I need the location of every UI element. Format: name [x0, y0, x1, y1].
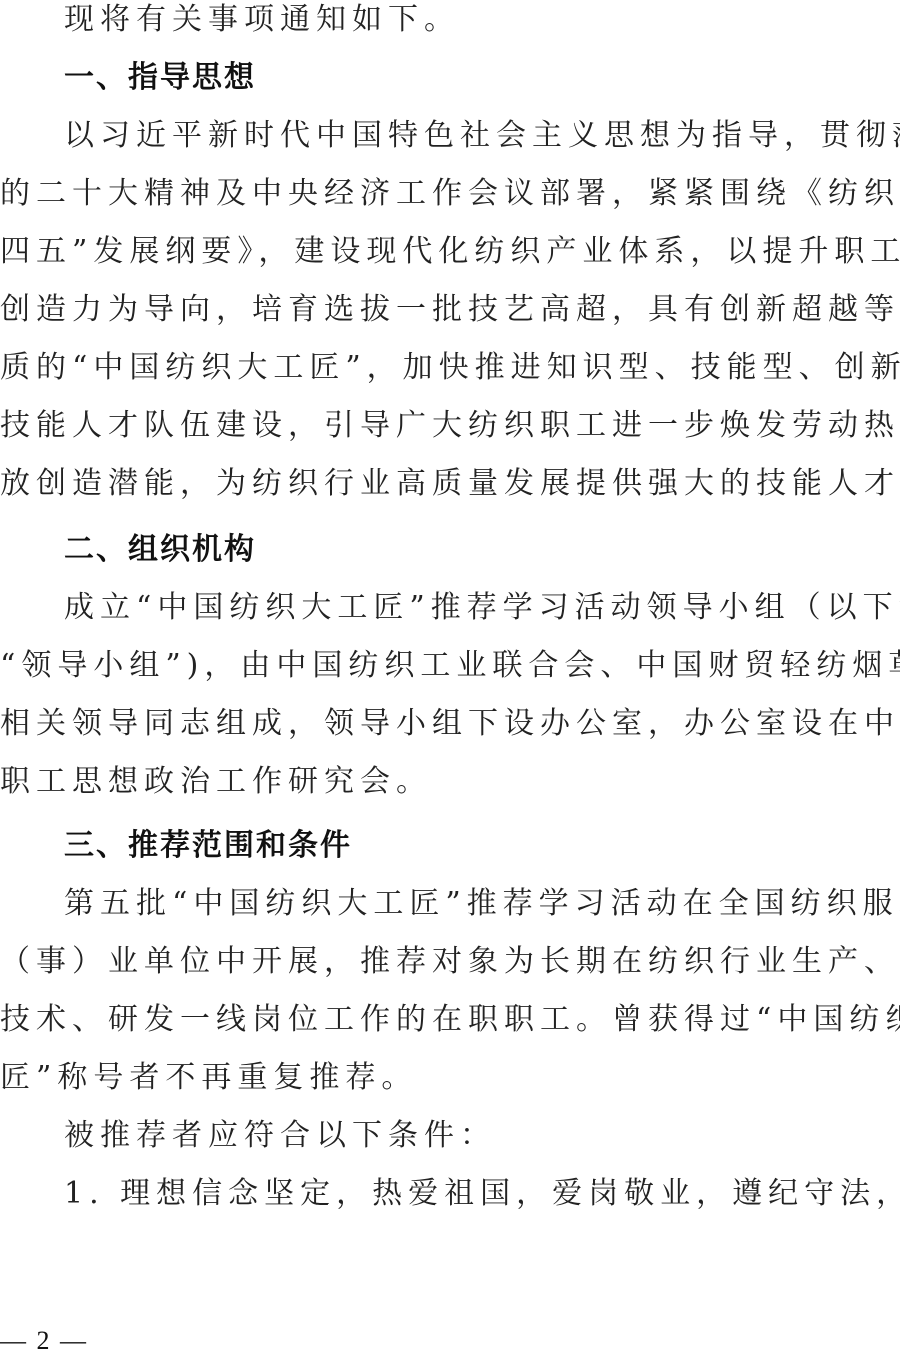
- paragraph-line: 相关领导同志组成，领导小组下设办公室，办公室设在中国纺织: [0, 704, 900, 744]
- document-page: 现将有关事项通知如下。 一、指导思想 以习近平新时代中国特色社会主义思想为指导，…: [0, 0, 900, 1356]
- section-heading-1: 一、指导思想: [64, 58, 900, 98]
- paragraph-line: 以习近平新时代中国特色社会主义思想为指导，贯彻落实党: [64, 116, 900, 156]
- section-heading-2: 二、组织机构: [64, 530, 900, 570]
- paragraph-line: 匠”称号者不再重复推荐。: [0, 1058, 900, 1098]
- paragraph-line: 被推荐者应符合以下条件：: [64, 1116, 900, 1156]
- paragraph-line: 成立“中国纺织大工匠”推荐学习活动领导小组（以下简称: [64, 588, 900, 628]
- paragraph-line: 放创造潜能，为纺织行业高质量发展提供强大的技能人才支撑。: [0, 464, 900, 504]
- paragraph-line: “领导小组”)，由中国纺织工业联合会、中国财贸轻纺烟草工会: [0, 646, 900, 686]
- paragraph-line: 四五”发展纲要》，建设现代化纺织产业体系，以提升职工创新: [0, 232, 900, 272]
- list-item-condition-1: 1. 理想信念坚定，热爱祖国，爱岗敬业，遵纪守法，具有严: [64, 1174, 900, 1214]
- page-number: — 2 —: [0, 1326, 88, 1356]
- paragraph-line: 技能人才队伍建设，引导广大纺织职工进一步焕发劳动热情，释: [0, 406, 900, 446]
- paragraph-line: 的二十大精神及中央经济工作会议部署，紧紧围绕《纺织行业“十: [0, 174, 900, 214]
- paragraph-intro: 现将有关事项通知如下。: [64, 0, 900, 40]
- paragraph-line: 质的“中国纺织大工匠”，加快推进知识型、技能型、创新型高: [0, 348, 900, 388]
- paragraph-line: 技术、研发一线岗位工作的在职职工。曾获得过“中国纺织大工: [0, 1000, 900, 1040]
- paragraph-line: 职工思想政治工作研究会。: [0, 762, 900, 802]
- section-heading-3: 三、推荐范围和条件: [64, 826, 900, 866]
- paragraph-line: （事）业单位中开展，推荐对象为长期在纺织行业生产、操作、: [0, 942, 900, 982]
- paragraph-line: 创造力为导向，培育选拔一批技艺高超，具有创新超越等优秀品: [0, 290, 900, 330]
- paragraph-line: 第五批“中国纺织大工匠”推荐学习活动在全国纺织服装企: [64, 884, 900, 924]
